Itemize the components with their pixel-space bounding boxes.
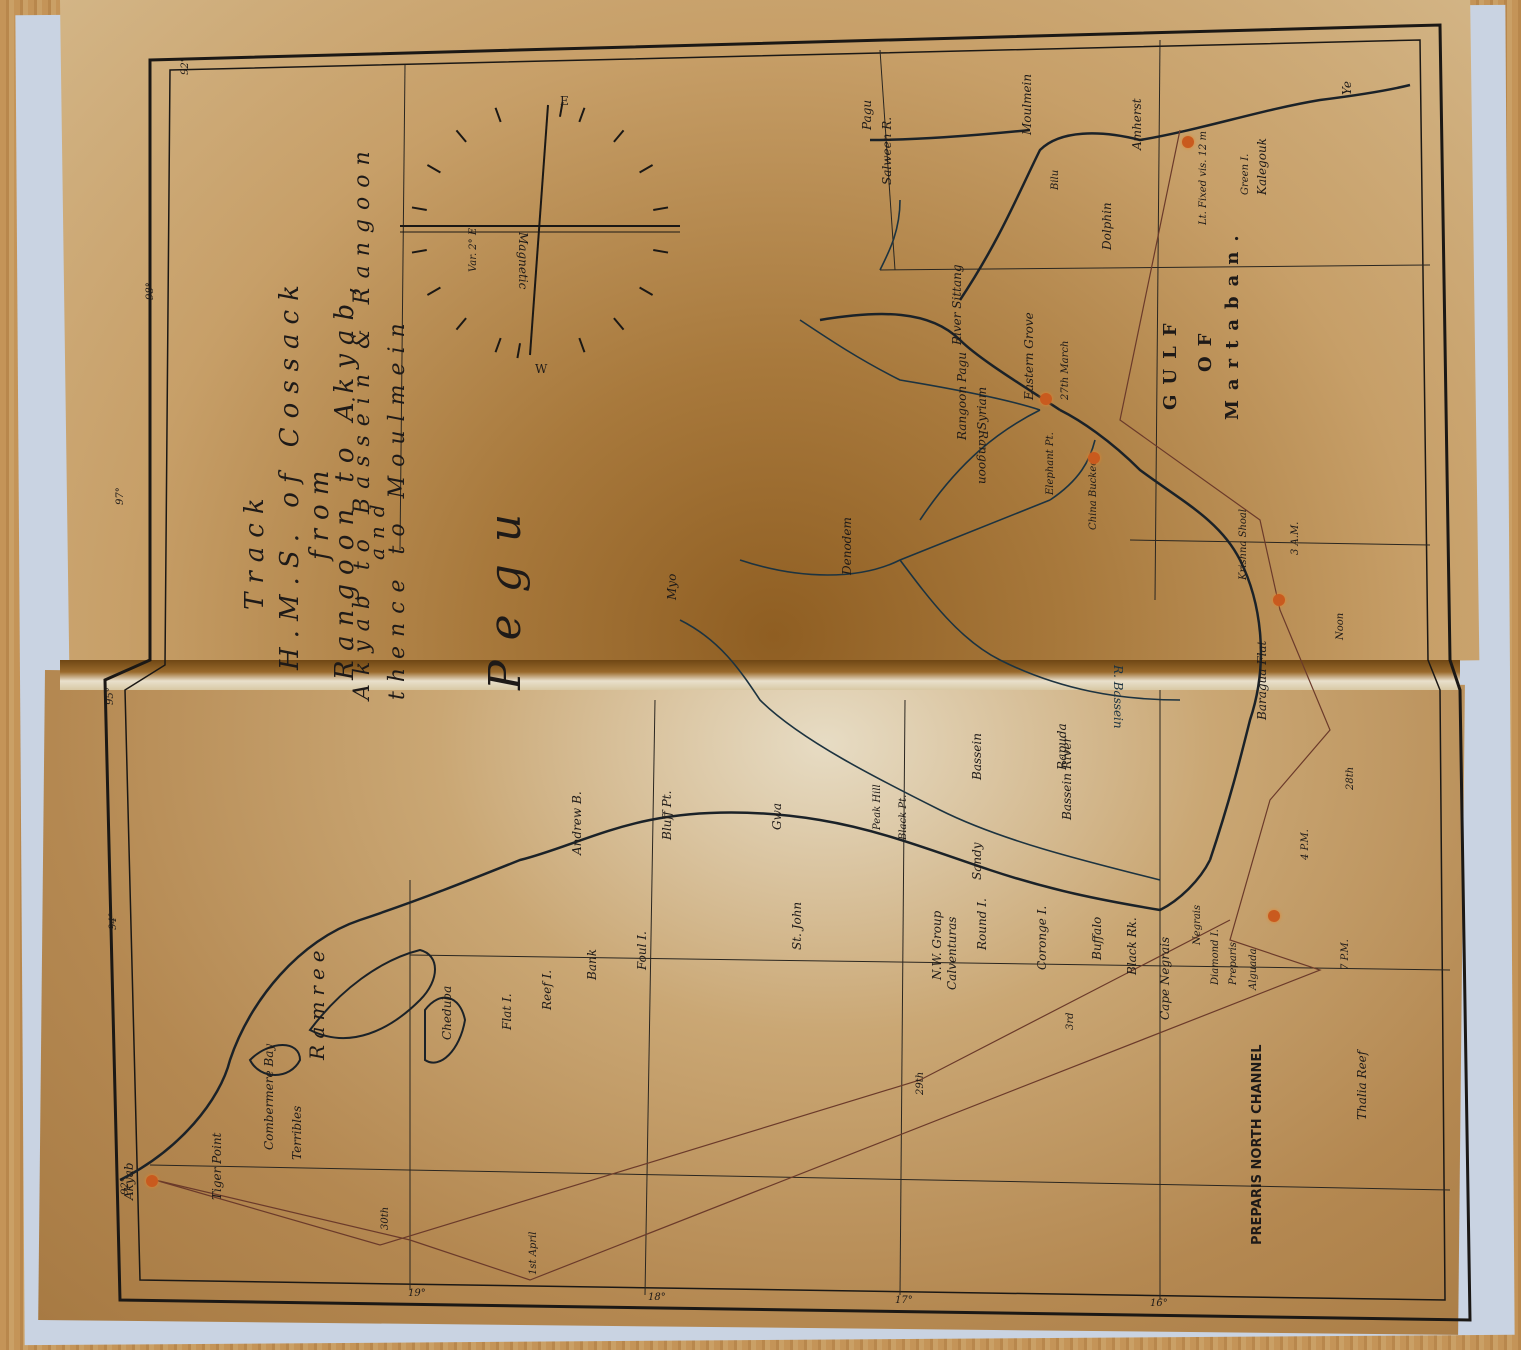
place-bassein: Bassein [970,733,984,780]
place-amherst: Amherst [1130,98,1144,150]
place-krishna-shoal: Krishna Shoal [1238,509,1249,580]
lon-tick-5: 92° [120,1177,131,1195]
lon-tick-4: 94° [108,912,119,930]
place-river-sittang: River Sittang [950,264,964,345]
place-cheduba: Cheduba [440,986,454,1040]
place-myo: Myo [665,574,679,600]
track-note-7pm: 7 P.M. [1340,939,1351,970]
track-note-29th: 29th [915,1072,926,1095]
place-eastern-grove: Eastern Grove [1022,312,1036,400]
place-moulmein: Moulmein [1020,74,1034,135]
track-note-30th: 30th [380,1207,391,1230]
place-green-island: Green I. [1240,154,1251,195]
place-rangoon-river: Rangoon Pagu [955,352,969,440]
place-cape-negrais: Cape Negrais [1158,937,1172,1020]
gulf-label-of: OF [1195,324,1216,372]
chart-title-line-5: Akyab to Bassein & Rangoon [350,142,375,700]
place-black-point: Black Pt. [898,795,909,840]
compass-west-label: W [535,362,547,376]
place-combermere-bay: Combermere Bay [262,1044,276,1150]
track-note-3am: 3 A.M. [1290,522,1301,555]
gulf-label-martaban: Martaban. [1222,225,1243,420]
place-reef-island: Reef I. [540,970,554,1010]
lat-tick-19: 19° [408,1288,426,1299]
place-flat-island: Flat I. [500,993,514,1030]
place-dolphin: Dolphin [1100,202,1114,250]
place-salween-river: Salween R. [880,117,894,185]
track-note-1st-april: 1st April [528,1232,539,1276]
place-black-rock: Black Rk. [1125,917,1139,975]
place-ye: Ye [1340,81,1354,95]
place-baragua-flat: Baragua Flat [1255,641,1269,720]
chart-title-line-1: Track [240,489,270,610]
place-round-island: Round I. [975,898,989,950]
place-dendom: Denodem [840,517,854,575]
pin-amherst [1182,136,1194,148]
track-note-27th-march: 27th March [1060,341,1071,400]
compass-rose [400,102,680,358]
compass-variation-label: Var. 2° E [468,228,479,272]
place-lt-fixed: Lt. Fixed vis. 12 m [1198,131,1209,225]
place-bank: Bank [585,949,599,980]
chart-title-line-7: thence to Moulmein [385,314,410,700]
preparis-north-channel-label: PREPARIS NORTH CHANNEL [1250,1044,1265,1245]
map-linework [0,0,1521,1350]
lon-tick-3: 95° [105,687,116,705]
pin-elephant-point [1088,452,1100,464]
place-elephant-point: Elephant Pt. [1045,432,1056,495]
compass-magnetic-label: Magnetic [516,232,530,289]
place-peak-hill: Peak Hill [872,784,883,830]
islands [250,950,465,1075]
chart-title-line-2: H.M.S. of Cossack [275,276,305,670]
track-note-noon: Noon [1335,613,1346,640]
place-negrais: Negrais [1192,905,1203,945]
place-calventuras: Calventuras [945,917,959,990]
lat-tick-17: 17° [895,1295,913,1306]
pin-baragua-flat [1273,594,1285,606]
place-china-buckeer: China Buckeer [1088,455,1099,530]
pin-alguada [1268,910,1280,922]
pin-akyab [146,1175,158,1187]
place-thalia-reef: Thalia Reef [1355,1051,1369,1120]
compass-east-label: E [560,94,569,108]
lon-tick-0: 92° [180,57,191,75]
lat-tick-16: 16° [1150,1298,1168,1309]
track-note-3rd: 3rd [1065,1012,1076,1030]
track-note-4pm: 4 P.M. [1300,829,1311,860]
place-foul-island: Foul I. [635,931,649,970]
place-gwa: Gwa [770,803,784,830]
place-terribles: Terribles [290,1106,304,1160]
place-kalegouk: Kalegouk [1255,138,1269,195]
place-diamond-island: Diamond I. [1210,929,1221,985]
place-syriam: Syriam [975,387,989,430]
place-alguada: Alguada [1248,948,1259,990]
place-bluff-point: Bluff Pt. [660,791,674,840]
gulf-label-gulf: GULF [1160,313,1181,410]
place-andrew-bay: Andrew B. [570,791,584,855]
place-nw-group: N.W. Group [930,911,944,980]
place-sandy: Sandy [970,842,984,880]
place-rangoon: Rangoon [976,430,990,484]
place-coronge-island: Coronge I. [1035,906,1049,970]
place-bassein-creek: R. Bassein [1111,665,1125,729]
lon-tick-2: 97° [115,487,126,505]
region-label-pegu: Pegu [480,492,531,690]
place-rapuda: Rapuda [1055,723,1069,770]
pin-rangoon [1040,393,1052,405]
place-buffalo: Buffalo [1090,917,1104,960]
rivers [680,200,1180,880]
place-st-john: St. John [790,902,804,950]
place-tiger-point: Tiger Point [210,1133,224,1200]
lat-tick-18: 18° [648,1292,666,1303]
place-bilu: Bilu [1050,170,1061,190]
place-ramree: Ramree [305,944,329,1060]
lon-tick-1: 98° [145,282,156,300]
track-note-28th: 28th [1345,767,1356,790]
place-preparis: Preparis [1228,942,1239,985]
place-pagu: Pagu [860,100,874,130]
